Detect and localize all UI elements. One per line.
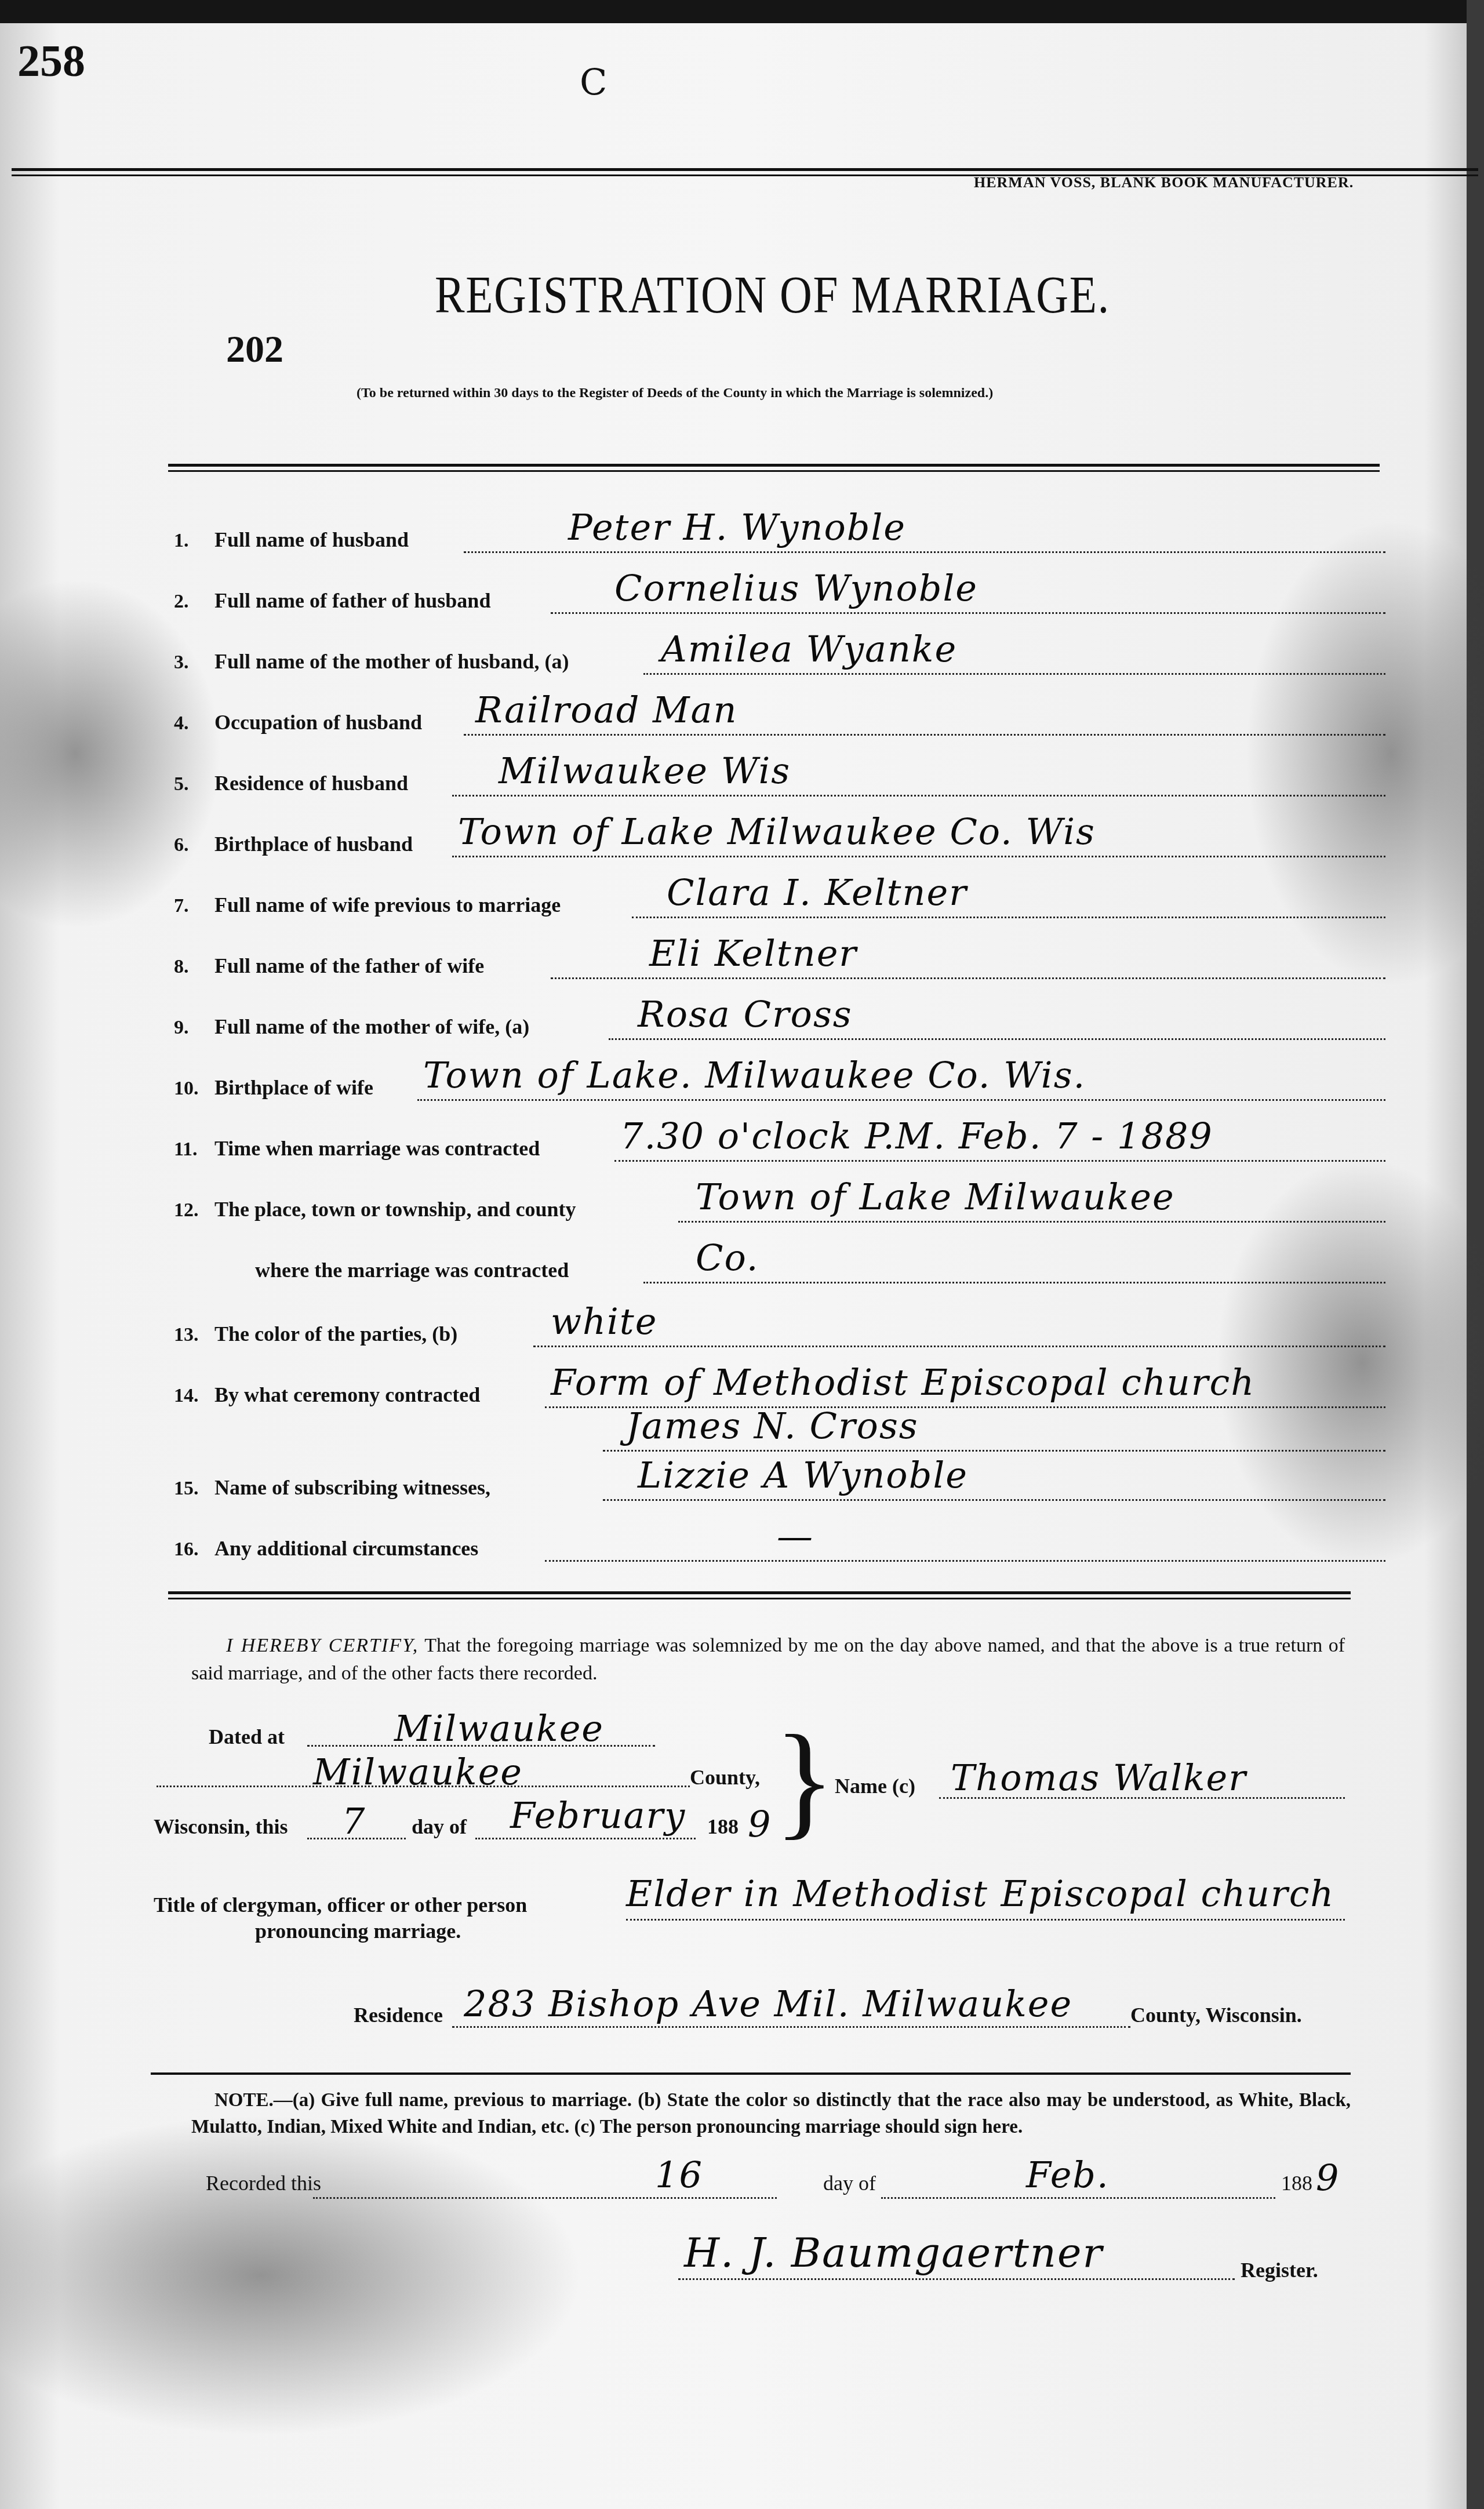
field-value: Town of Lake Milwaukee	[696, 1176, 1175, 1218]
field-row: 12. The place, town or township, and cou…	[174, 1174, 1385, 1226]
field-value: Town of Lake Milwaukee Co. Wis	[458, 810, 1096, 853]
field-value: Form of Methodist Episcopal church	[551, 1361, 1255, 1403]
field-label: Full name of the mother of wife, (a)	[214, 1014, 529, 1039]
field-label: Occupation of husband	[214, 710, 422, 734]
field-value: Railroad Man	[475, 689, 737, 731]
field-value: Rosa Cross	[638, 993, 853, 1035]
field-row: 9. Full name of the mother of wife, (a) …	[174, 991, 1385, 1043]
register-signature: H. J. Baumgaertner	[684, 2229, 1103, 2501]
field-value: Town of Lake. Milwaukee Co. Wis.	[423, 1054, 1086, 1096]
field-value: Milwaukee Wis	[499, 750, 791, 792]
field-label: Residence of husband	[214, 771, 408, 795]
field-value: Eli Keltner	[649, 932, 857, 974]
field-value: Clara I. Keltner	[667, 871, 967, 914]
field-value: Peter H. Wynoble	[568, 506, 906, 548]
field-row: 6. Birthplace of husband Town of Lake Mi…	[174, 809, 1385, 861]
manufacturer-imprint: HERMAN VOSS, BLANK BOOK MANUFACTURER.	[974, 174, 1354, 191]
document-title: REGISTRATION OF MARRIAGE.	[435, 264, 1110, 325]
field-row: 8. Full name of the father of wife Eli K…	[174, 930, 1385, 983]
field-label: The color of the parties, (b)	[214, 1322, 457, 1346]
field-label: Any additional circumstances	[214, 1536, 478, 1561]
field-label: Full name of the mother of husband, (a)	[214, 649, 569, 674]
field-row: 7. Full name of wife previous to marriag…	[174, 870, 1385, 922]
document-subtitle: (To be returned within 30 days to the Re…	[357, 386, 993, 401]
note-text: NOTE.—(a) Give full name, previous to ma…	[191, 2087, 1351, 2140]
field-label: Full name of father of husband	[214, 588, 490, 613]
section-rule	[168, 1591, 1351, 1599]
field-row: 11. Time when marriage was contracted 7.…	[174, 1113, 1385, 1165]
field-row: 10. Birthplace of wife Town of Lake. Mil…	[174, 1052, 1385, 1104]
certificate-lead: I HEREBY CERTIFY,	[191, 1635, 419, 1656]
field-label: Full name of the father of wife	[214, 954, 484, 978]
field-row: 2. Full name of father of husband Cornel…	[174, 565, 1385, 617]
field-value: Amilea Wyanke	[661, 628, 957, 670]
registration-number: 202	[226, 328, 283, 372]
field-value: —	[777, 1515, 814, 1557]
recorded-year-suffix: 9	[1316, 2157, 1340, 2501]
field-row: 5. Residence of husband Milwaukee Wis	[174, 748, 1385, 800]
field-value: 7.30 o'clock P.M. Feb. 7 - 1889	[620, 1115, 1213, 1157]
field-value: Cornelius Wynoble	[614, 567, 978, 609]
corner-mark: C	[580, 61, 607, 103]
section-rule	[168, 464, 1380, 472]
witness-2-value: Lizzie A Wynoble	[638, 1454, 968, 1496]
field-row: 3. Full name of the mother of husband, (…	[174, 626, 1385, 678]
field-value: Co.	[696, 1237, 759, 1279]
witness-row: James N. Cross	[174, 1403, 1385, 1455]
field-row: 4. Occupation of husband Railroad Man	[174, 687, 1385, 739]
field-label: where the marriage was contracted	[255, 1258, 569, 1282]
field-row: 16. Any additional circumstances —	[174, 1513, 1385, 1565]
field-row: where the marriage was contracted Co.	[174, 1235, 1385, 1287]
field-label: Name of subscribing witnesses,	[214, 1475, 490, 1500]
field-label: Birthplace of wife	[214, 1075, 373, 1100]
field-row: 15. Name of subscribing witnesses, Lizzi…	[174, 1452, 1385, 1504]
field-label: Full name of husband	[214, 528, 409, 552]
witness-1-value: James N. Cross	[626, 1405, 919, 1447]
field-row: 1. Full name of husband Peter H. Wynoble	[174, 504, 1385, 557]
field-label: Full name of wife previous to marriage	[214, 893, 561, 917]
page-number: 258	[17, 35, 85, 87]
certificate-text: I HEREBY CERTIFY, That the foregoing mar…	[191, 1632, 1345, 1688]
field-row: 13. The color of the parties, (b) white	[174, 1299, 1385, 1351]
section-rule	[151, 2072, 1351, 2075]
field-value: white	[551, 1300, 657, 1343]
document-page: 258 C HERMAN VOSS, BLANK BOOK MANUFACTUR…	[0, 0, 1484, 2509]
brace: }	[774, 1716, 835, 1843]
field-label: Time when marriage was contracted	[214, 1136, 540, 1161]
field-label: The place, town or township, and county	[214, 1197, 576, 1221]
field-label: Birthplace of husband	[214, 832, 413, 856]
scan-border-top	[0, 0, 1484, 23]
